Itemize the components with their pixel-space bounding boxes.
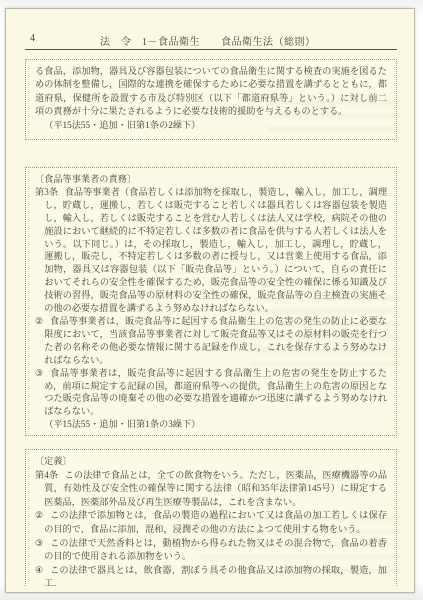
item-text: 食品等事業者は，販売食品等に起因する食品衛生上の危害の発生を防止するため，前項に… [44,368,387,417]
amendment-note: （平15法55・追加・旧第1条の2繰下） [35,119,387,132]
article-caption: 〔食品等事業者の責務〕 [35,173,387,186]
page-header: 4 法 令 1－食品衛生 食品衛生法（総則） [26,33,392,47]
item-number-label: ② [35,316,43,326]
law-text-block-article3: 〔食品等事業者の責務〕 第3条食品等事業者（食品若しくは添加物を採取し，製造し，… [25,167,397,436]
item-number-label: ② [35,510,43,520]
item-text: 食品等事業者は，販売食品等に起因する食品衛生上の危害の発生の防止に必要な限度にお… [44,316,387,365]
law-paragraph-continuation: る食品，添加物，器具及び容器包装についての食品衛生に関する検査の実施を図るための… [35,65,387,119]
law-text-block-article4: 〔定義〕 第4条この法律で食品とは，全ての飲食物をいう。ただし，医薬品，医療機器… [25,449,397,586]
article-main-paragraph: 第3条食品等事業者（食品若しくは添加物を採取し，製造し，輸入し，加工し，調理し，… [35,186,387,315]
article-number-label: 第4条 [35,470,58,480]
header-rule [25,49,397,50]
item-text: この法律で天然香料とは，動植物から得られた物又はその混合物で，食品の着香の目的で… [44,538,387,562]
item-number-label: ③ [35,538,43,548]
item-number-label: ④ [35,565,43,575]
article-item-3: ③この法律で天然香料とは，動植物から得られた物又はその混合物で，食品の着香の目的… [35,537,387,564]
item-text: この法律で添加物とは，食品の製造の過程において又は食品の加工若しくは保存の目的で… [44,510,387,534]
item-text: この法律で器具とは，飲食器，割ぼう具その他食品又は添加物の採取，製造，加工， [44,565,387,586]
article-item-4-truncated: ④この法律で器具とは，飲食器，割ぼう具その他食品又は添加物の採取，製造，加工， [35,564,387,586]
running-head-title: 法 令 1－食品衛生 食品衛生法（総則） [100,33,316,48]
scanned-document-background: 4 法 令 1－食品衛生 食品衛生法（総則） る食品，添加物，器具及び容器包装に… [0,0,423,600]
article-main-paragraph: 第4条この法律で食品とは，全ての飲食物をいう。ただし，医薬品，医療機器等の品質，… [35,469,387,510]
article-item-3: ③食品等事業者は，販売食品等に起因する食品衛生上の危害の発生を防止するため，前項… [35,367,387,419]
document-page: 4 法 令 1－食品衛生 食品衛生法（総則） る食品，添加物，器具及び容器包装に… [5,8,415,593]
article-text: この法律で食品とは，全ての飲食物をいう。ただし，医薬品，医療機器等の品質，有効性… [44,470,387,507]
article-item-2: ②食品等事業者は，販売食品等に起因する食品衛生上の危害の発生の防止に必要な限度に… [35,315,387,367]
law-text-block-article2-continuation: る食品，添加物，器具及び容器包装についての食品衛生に関する検査の実施を図るための… [25,59,397,140]
article-item-2: ②この法律で添加物とは，食品の製造の過程において又は食品の加工若しくは保存の目的… [35,509,387,536]
page-number: 4 [30,33,36,44]
item-number-label: ③ [35,368,44,378]
article-number-label: 第3条 [35,187,58,197]
article-text: 食品等事業者（食品若しくは添加物を採取し，製造し，輸入し，加工し，調理し，貯蔵し… [44,187,387,313]
article-caption: 〔定義〕 [35,455,387,469]
amendment-note: （平15法55・追加・旧第1条の3繰下） [35,418,387,431]
